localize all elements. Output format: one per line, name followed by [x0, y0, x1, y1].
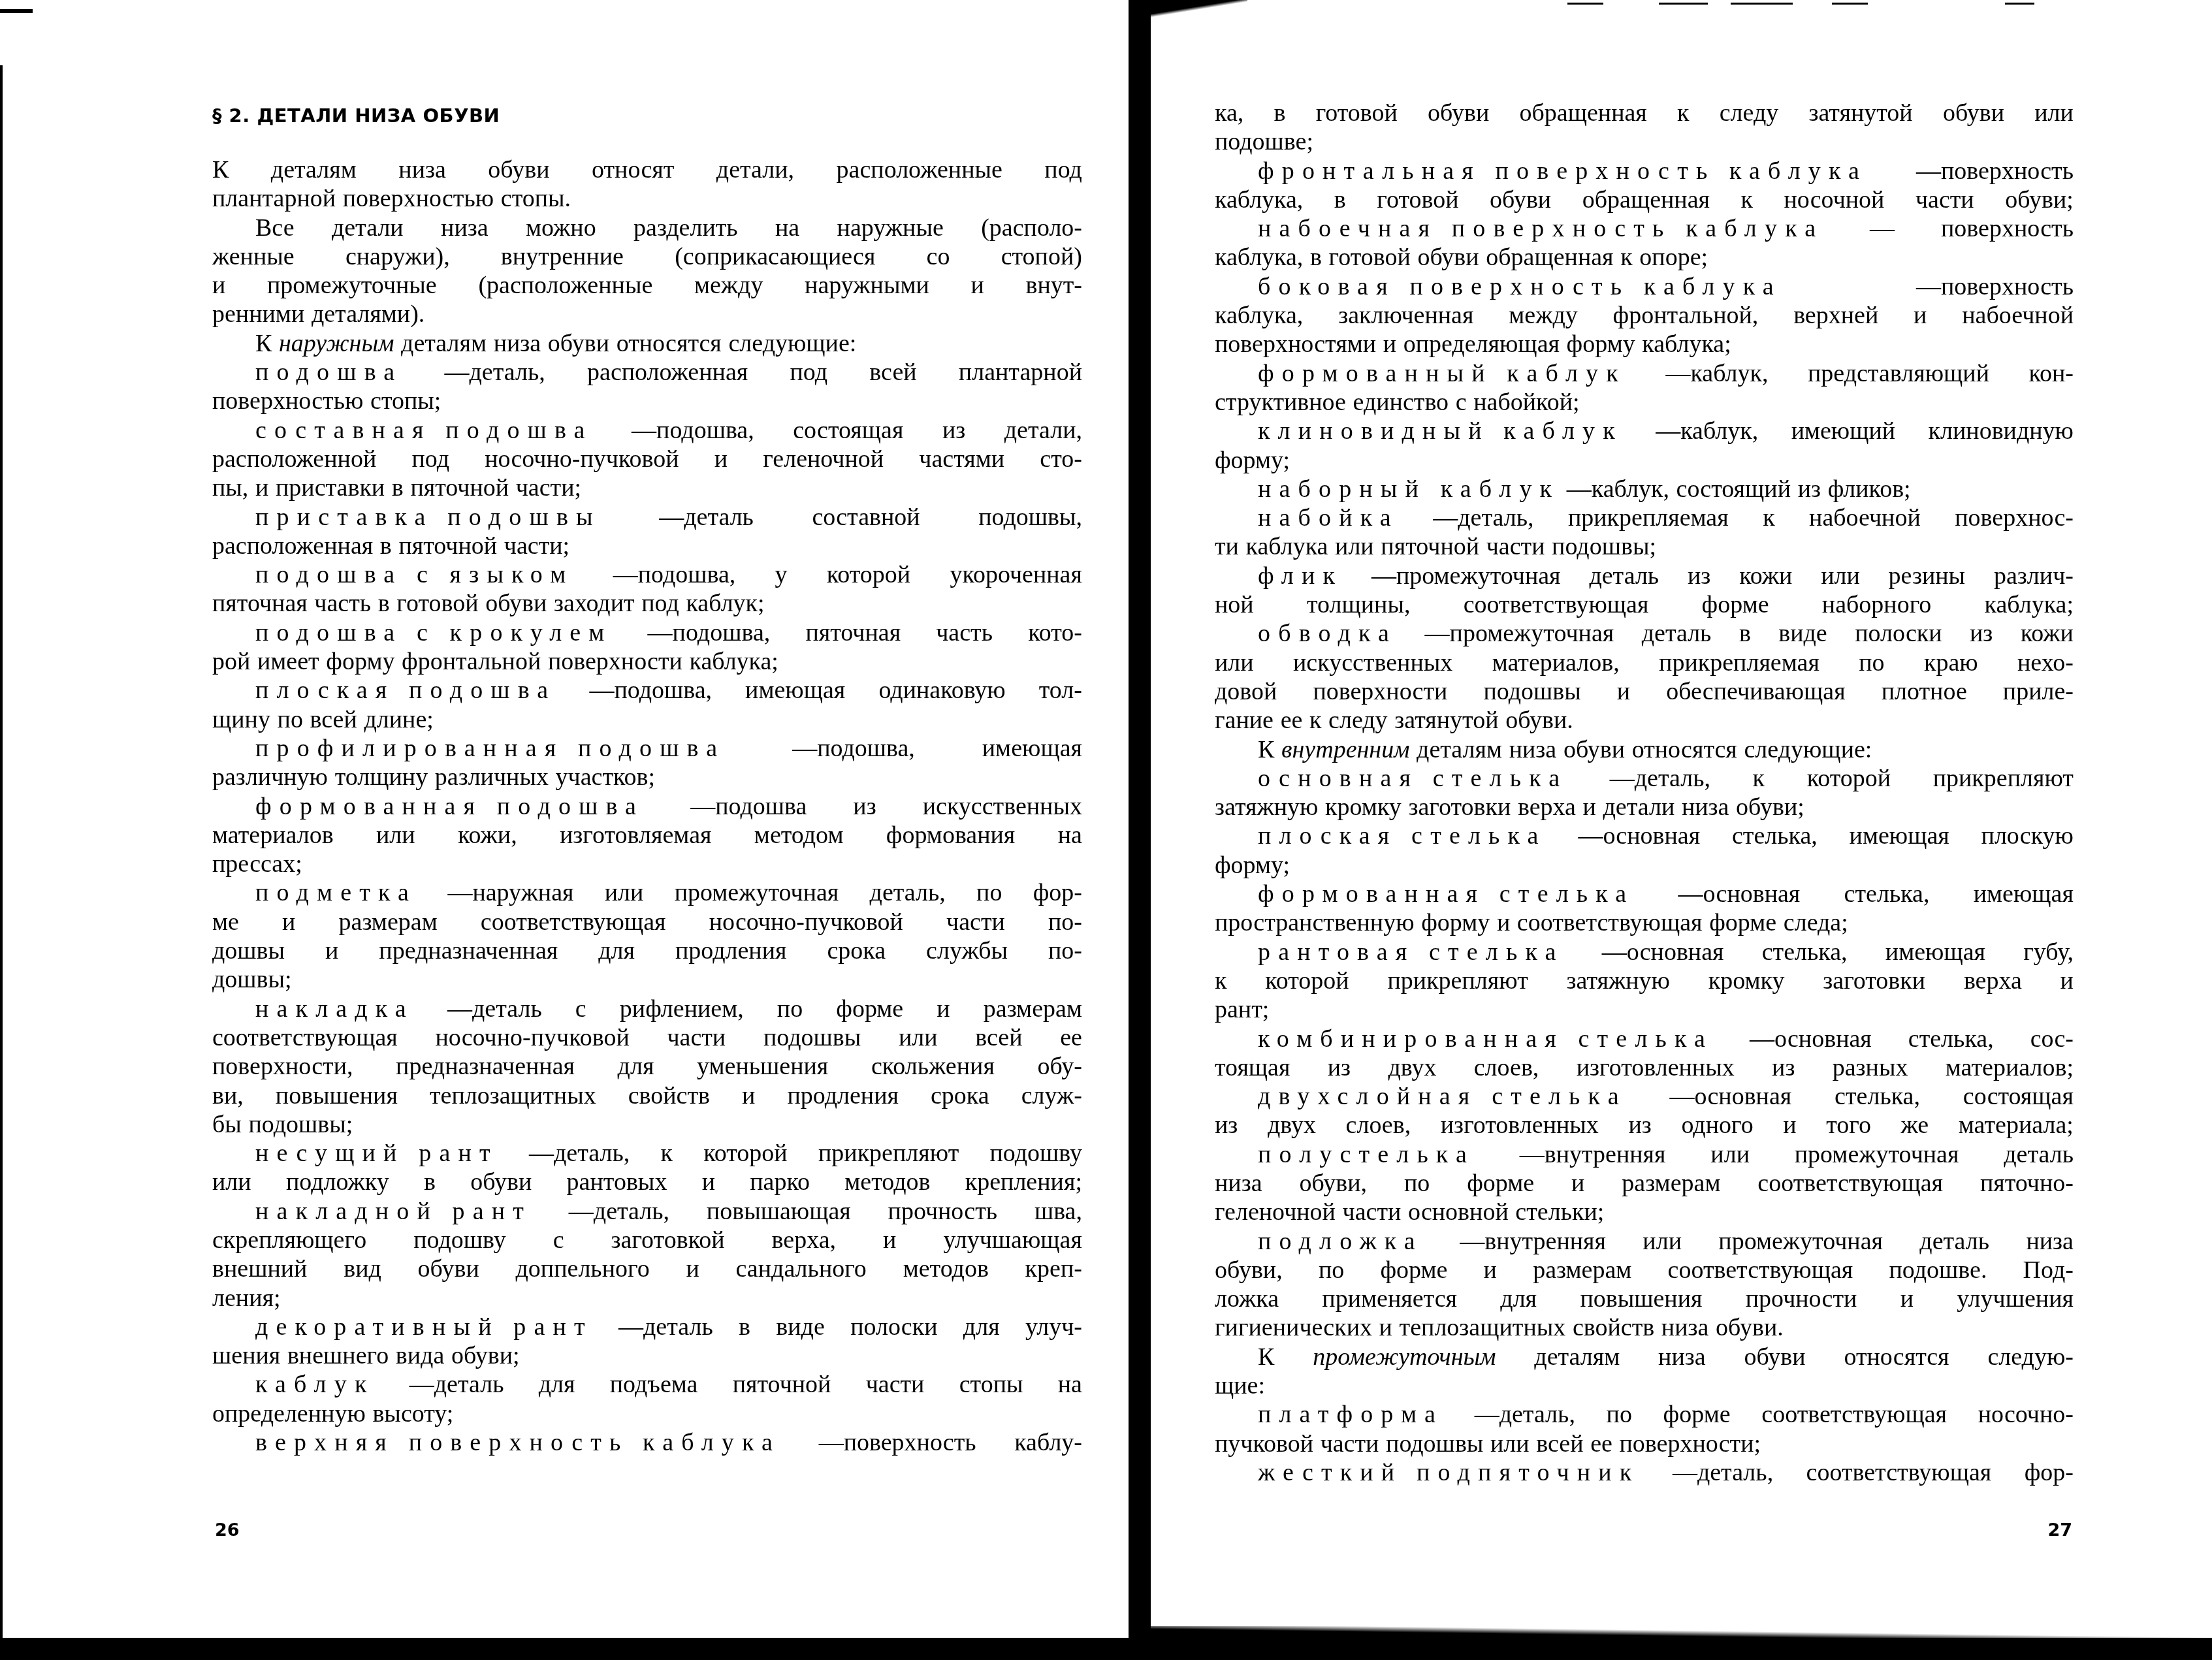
- word: срока: [931, 1081, 989, 1110]
- word: частями: [919, 445, 1004, 473]
- text-line: нойтолщины,соответствующаяформенаборного…: [1215, 590, 2074, 619]
- word: составной: [812, 503, 920, 532]
- text-line: обводка—промежуточнаядетальввидеполоскии…: [1215, 619, 2074, 648]
- word: обуви: [548, 329, 609, 358]
- defined-term: флик: [1258, 562, 1343, 590]
- text-line: поверхности,предназначеннаядляуменьшения…: [212, 1052, 1082, 1081]
- word: заходит: [554, 589, 635, 618]
- defined-term: формованная подошва: [255, 792, 644, 821]
- word: ления;: [212, 1284, 281, 1313]
- defined-term: подошва с языком: [255, 560, 573, 589]
- word: обуви: [1490, 185, 1551, 214]
- word: слоев,: [1474, 1053, 1539, 1082]
- word: разделить: [633, 214, 738, 242]
- defined-term: полустелька: [1258, 1140, 1475, 1169]
- word: по: [1859, 648, 1884, 677]
- word: —подошва: [690, 792, 807, 821]
- word: довой: [1215, 677, 1277, 706]
- defined-term: накладной рант: [255, 1197, 532, 1226]
- word: обуви;: [2005, 185, 2074, 214]
- word: верха: [1518, 793, 1576, 822]
- word: срока: [827, 936, 886, 965]
- word: подошве;: [1215, 127, 1313, 156]
- word: ренними: [212, 300, 304, 328]
- word: для: [1500, 1285, 1537, 1313]
- word: материалов,: [1492, 648, 1620, 677]
- word: —деталь,: [529, 1139, 630, 1168]
- text-line: гигиеническихитеплозащитныхсвойствнизаоб…: [1215, 1313, 2074, 1342]
- word: краю: [1924, 648, 1978, 677]
- word: методов: [844, 1168, 930, 1196]
- word: кожи: [1739, 562, 1792, 590]
- word: ложка: [1215, 1285, 1279, 1313]
- text-line: илиискусственныхматериалов,прикрепляемая…: [1215, 648, 2074, 677]
- word: подошвы: [1386, 1429, 1483, 1458]
- text-line: боковая поверхность каблука—поверхность: [1215, 272, 2074, 301]
- word: плоскую: [1981, 822, 2074, 850]
- left-page-edge: [0, 65, 3, 1646]
- text-line: форму;: [1215, 851, 2074, 880]
- word: подошвы;: [1552, 532, 1656, 561]
- word: на: [1058, 1370, 1082, 1399]
- word: улучшающая: [943, 1226, 1082, 1254]
- text-line: Кнаружнымдеталямнизаобувиотносятсяследую…: [212, 329, 1082, 358]
- word: деталь: [1589, 562, 1659, 590]
- word: основной: [1408, 1198, 1509, 1226]
- text-line: приставка подошвы—детальсоставнойподошвы…: [212, 503, 1082, 532]
- text-line: накладка—детальсрифлением,поформеиразмер…: [212, 995, 1082, 1023]
- word: внешнего: [287, 1341, 389, 1370]
- word: —промежуточная: [1371, 562, 1561, 590]
- word: применяется: [1322, 1285, 1457, 1313]
- word: деталям: [1534, 1343, 1620, 1371]
- word: каблука,: [1215, 185, 1303, 214]
- word: стопой): [1001, 242, 1082, 271]
- word: из: [942, 416, 965, 445]
- word: фликов;: [1828, 475, 1911, 503]
- word: заготовки: [1408, 793, 1511, 822]
- word: обуви: [1744, 1343, 1805, 1371]
- word: относят: [592, 155, 674, 184]
- word: заключенная: [1338, 301, 1473, 330]
- word: части: [946, 908, 1005, 936]
- scan-edge-top-left: [0, 9, 33, 13]
- text-line: Кдеталямнизаобувиотносятдетали,расположе…: [212, 155, 1082, 184]
- text-line: Кпромежуточнымдеталямнизаобувиотносятсяс…: [1215, 1343, 2074, 1371]
- text-line: верхняя поверхность каблука—поверхностьк…: [212, 1428, 1082, 1457]
- word: тол-: [1039, 676, 1082, 705]
- text-line: комбинированная стелька—основнаястелька,…: [1215, 1025, 2074, 1053]
- word: наружные: [837, 214, 944, 242]
- scan-mark: [1567, 3, 1603, 5]
- word: и: [282, 908, 295, 936]
- word: поверхности,: [212, 1052, 353, 1081]
- text-line: основная стелька—деталь,ккоторойприкрепл…: [1215, 764, 2074, 793]
- word: опоре;: [1639, 243, 1708, 272]
- word: поверхности: [1313, 677, 1447, 706]
- word: части: [1343, 1198, 1402, 1226]
- word: всей: [869, 358, 916, 387]
- text-line: Вседеталинизаможноразделитьнанаружные(ра…: [212, 214, 1082, 242]
- word: наружными: [805, 271, 929, 300]
- text-line: структивноеединствоснабойкой;: [1215, 388, 2074, 417]
- text-line: пространственнуюформуисоответствующаяфор…: [1215, 908, 2074, 937]
- word: теплозащитных: [1400, 1313, 1566, 1342]
- word: имеющая: [982, 734, 1082, 763]
- word: под: [411, 445, 449, 473]
- word: поверхнос-: [1955, 503, 2074, 532]
- page-number: 26: [215, 1520, 240, 1540]
- text-line: плоская подошва—подошва,имеющаяодинакову…: [212, 676, 1082, 705]
- word: —поверхность: [819, 1428, 976, 1457]
- word: —основная: [1678, 880, 1801, 908]
- section-heading: § 2. ДЕТАЛИ НИЗА ОБУВИ: [212, 104, 500, 127]
- scan-mark: [1832, 3, 1868, 5]
- word: К: [212, 155, 229, 184]
- text-line: ления;: [212, 1284, 1082, 1313]
- text-line: определеннуювысоту;: [212, 1399, 1082, 1428]
- word: которой: [1265, 966, 1349, 995]
- text-line: тоящаяиздвухслоев,изготовленныхизразныхм…: [1215, 1053, 2074, 1082]
- word: ти: [1215, 532, 1239, 561]
- defined-term: формованная стелька: [1258, 880, 1634, 908]
- word: по-: [1048, 936, 1082, 965]
- word: обуви: [1943, 99, 2004, 127]
- word: или: [1490, 1429, 1530, 1458]
- word: обу-: [1037, 1052, 1082, 1081]
- word: соответствующая: [481, 908, 666, 936]
- word: для: [963, 1313, 1000, 1341]
- word: часть: [936, 618, 993, 647]
- word: соответствующая: [1761, 1400, 1947, 1429]
- word: кожи,: [458, 821, 517, 850]
- word: поверхность: [1941, 214, 2074, 243]
- word: затяжную: [1567, 966, 1670, 995]
- word: между: [694, 271, 763, 300]
- word: низа: [1682, 793, 1729, 822]
- page-curl: [1143, 0, 1247, 17]
- word: полоски: [850, 1313, 937, 1341]
- text-line: Квнутреннимдеталямнизаобувиотносятсяслед…: [1215, 735, 2074, 764]
- word: подъема: [610, 1370, 698, 1399]
- word: форме: [836, 995, 903, 1023]
- word: детали,: [1004, 416, 1082, 445]
- word: набоечной: [1809, 503, 1921, 532]
- word: и: [1583, 793, 1596, 822]
- text-line: накладной рант—деталь,повышающаяпрочност…: [212, 1197, 1082, 1226]
- word: и: [1383, 330, 1396, 359]
- word: и: [937, 995, 950, 1023]
- word: в: [1739, 619, 1751, 648]
- word: или: [899, 1023, 938, 1052]
- word: —деталь: [447, 995, 542, 1023]
- word: которой: [827, 560, 910, 589]
- word: с: [1456, 388, 1467, 417]
- text-line: формованная стелька—основнаястелька,имею…: [1215, 880, 2074, 908]
- word: ее: [1590, 1429, 1612, 1458]
- word: с: [575, 995, 586, 1023]
- word: имеет: [257, 647, 319, 676]
- word: стопы: [959, 1370, 1023, 1399]
- word: приставки: [276, 473, 385, 502]
- word: гание: [1215, 706, 1274, 735]
- word: деталь: [1642, 619, 1712, 648]
- word: промежуточная: [1718, 1227, 1883, 1256]
- word: форму: [1421, 908, 1490, 937]
- text-line: поверхностямииопределяющаяформукаблука;: [1215, 330, 2074, 359]
- word: к: [1620, 243, 1632, 272]
- word: носочно-пучковой: [485, 445, 679, 473]
- word: части: [1486, 532, 1545, 561]
- word: в: [378, 589, 390, 618]
- defined-term: набойка: [1258, 503, 1399, 532]
- word: материала;: [1959, 1111, 2074, 1140]
- word: низа: [1215, 1169, 1262, 1198]
- word: методов: [903, 1254, 989, 1283]
- word: по: [1607, 1400, 1632, 1429]
- word: форме: [1709, 908, 1776, 937]
- word: повышающая: [707, 1197, 851, 1226]
- word: набоечной: [1962, 301, 2074, 330]
- word: пяточной: [733, 1370, 831, 1399]
- word: имеющая: [745, 676, 845, 705]
- word: всей: [310, 705, 357, 734]
- word: имеющая: [1885, 938, 1985, 966]
- word: низа: [2026, 1227, 2074, 1256]
- scan-mark: [1659, 3, 1708, 5]
- text-line: затяжнуюкромкузаготовкиверхаидеталинизао…: [1215, 793, 2074, 822]
- word: подошвы,: [978, 503, 1082, 532]
- word: свойств: [1573, 1313, 1654, 1342]
- word: и: [2060, 966, 2074, 995]
- word: полоски: [1855, 619, 1942, 648]
- word: поверхностями: [1215, 330, 1376, 359]
- text-line: подметка—наружнаяилипромежуточнаядеталь,…: [212, 878, 1082, 907]
- word: форму: [326, 647, 394, 676]
- word: ви,: [212, 1081, 244, 1110]
- word: —основная: [1602, 938, 1724, 966]
- text-line: рант;: [1215, 995, 2074, 1024]
- word: деталь: [2004, 1140, 2074, 1169]
- word: расположенные: [837, 155, 1002, 184]
- word: имеющая: [1850, 822, 1949, 850]
- word: —деталь,: [1475, 1400, 1575, 1429]
- word: стелька,: [1732, 822, 1818, 850]
- word: продления: [675, 936, 787, 965]
- word: затяжную: [1215, 793, 1318, 822]
- word: различ-: [1994, 562, 2074, 590]
- word: материалов: [212, 821, 334, 850]
- word: (располо-: [981, 214, 1082, 242]
- word: и: [255, 473, 268, 502]
- text-line: ганиееекследузатянутойобуви.: [1215, 706, 2074, 735]
- word: Все: [255, 214, 295, 242]
- word: укороченная: [950, 560, 1082, 589]
- word: подошве.: [1889, 1256, 1987, 1285]
- word: прикрепляют: [1387, 966, 1528, 995]
- word: или: [1215, 648, 1254, 677]
- word: деталям: [401, 329, 487, 358]
- scan-mark: [2005, 3, 2034, 5]
- word: и: [1379, 1313, 1392, 1342]
- defined-term: каблук: [255, 1370, 375, 1399]
- word: стельки;: [1515, 1198, 1604, 1226]
- word: со: [927, 242, 950, 271]
- word: относятся: [1632, 735, 1737, 764]
- word: заготовкой: [611, 1226, 725, 1254]
- word: —деталь: [659, 503, 754, 532]
- word: внут-: [1025, 271, 1082, 300]
- text-line: шениявнешнеговидаобуви;: [212, 1341, 1082, 1370]
- text-line: форму;: [1215, 446, 2074, 475]
- word: —поверхность: [1916, 157, 2074, 185]
- defined-term: рантовая стелька: [1258, 938, 1564, 966]
- word: на: [775, 214, 799, 242]
- word: обуви.: [1716, 1313, 1784, 1342]
- word: каблука,: [1215, 301, 1303, 330]
- word: поверхностью: [343, 184, 494, 213]
- word: доппельного: [516, 1254, 650, 1283]
- defined-term: обводка: [1258, 619, 1397, 648]
- word: обуви: [1417, 243, 1479, 272]
- text-line: ложкаприменяетсядляповышенияпрочностииул…: [1215, 1285, 2074, 1313]
- text-line: издвухслоев,изготовленныхизодногоитогоже…: [1215, 1111, 2074, 1140]
- word: низа: [494, 329, 541, 358]
- word: из: [1798, 475, 1821, 503]
- word: в: [392, 473, 404, 502]
- word: женные: [212, 242, 295, 271]
- word: прессах;: [212, 850, 302, 878]
- word: для: [618, 1052, 654, 1081]
- word: к: [1763, 503, 1774, 532]
- word: прикрепляют: [818, 1139, 959, 1168]
- text-line: щинуповсейдлине;: [212, 705, 1082, 734]
- word: подошвы: [763, 1023, 861, 1052]
- word: или: [212, 1168, 251, 1196]
- word: следующие:: [728, 329, 856, 358]
- word: шения: [212, 1341, 280, 1370]
- word: по: [1404, 1169, 1430, 1198]
- word: и: [212, 271, 225, 300]
- word: —деталь,: [1610, 764, 1710, 793]
- word: для: [598, 936, 635, 965]
- text-line: ройимеетформуфронтальнойповерхностикаблу…: [212, 647, 1082, 676]
- word: —деталь: [409, 1370, 504, 1399]
- word: всей: [1536, 1429, 1583, 1458]
- word: ее: [1281, 706, 1303, 735]
- word: следу: [1720, 99, 1779, 127]
- text-line: жесткий подпяточник—деталь,соответствующ…: [1215, 1458, 2074, 1487]
- word: —подошва,: [648, 618, 771, 647]
- defined-term: формованный каблук: [1258, 359, 1626, 388]
- text-line: клиновидный каблук—каблук,имеющийклинови…: [1215, 417, 2074, 445]
- emphasized-word: наружным: [279, 329, 394, 358]
- word: —наружная: [447, 878, 573, 907]
- word: поверхностью: [212, 387, 363, 415]
- word: и: [1571, 1169, 1584, 1198]
- word: или: [1335, 532, 1374, 561]
- word: из: [1688, 562, 1710, 590]
- word: рантовых: [567, 1168, 667, 1196]
- word: предназначенная: [379, 936, 558, 965]
- word: набойкой;: [1473, 388, 1579, 417]
- text-line: довойповерхностиподошвыиобеспечивающаяпл…: [1215, 677, 2074, 706]
- word: поверхности;: [1620, 1429, 1761, 1458]
- word: части: [1915, 185, 1974, 214]
- word: —каблук,: [1656, 417, 1758, 445]
- word: и: [702, 1168, 715, 1196]
- word: под: [641, 589, 679, 618]
- scan-mark: [1731, 3, 1793, 5]
- text-line: декоративный рант—детальввидеполоскидляу…: [212, 1313, 1082, 1341]
- word: из: [1328, 1053, 1351, 1082]
- word: креп-: [1025, 1254, 1082, 1283]
- word: бы: [212, 1110, 242, 1139]
- word: свойств: [628, 1081, 710, 1110]
- word: обуви: [488, 155, 549, 184]
- word: соответствующая: [1806, 1458, 1992, 1487]
- word: по: [278, 705, 303, 734]
- text-line: быподошвы;: [212, 1110, 1082, 1139]
- text-line: рантовая стелька—основнаястелька,имеющая…: [1215, 938, 2074, 966]
- defined-term: несущий рант: [255, 1139, 498, 1168]
- defined-term: подложка: [1258, 1227, 1423, 1256]
- text-line: профилированная подошва—подошва,имеющая: [212, 734, 1082, 763]
- word: низа: [1509, 735, 1557, 764]
- text-line: подошва с языком—подошва,укоторойукороче…: [212, 560, 1082, 589]
- word: в: [1334, 185, 1346, 214]
- word: или: [605, 878, 644, 907]
- word: каблук;: [686, 589, 764, 618]
- word: соответствующая: [1668, 1256, 1853, 1285]
- word: рант;: [1215, 995, 1269, 1024]
- word: детали: [332, 214, 404, 242]
- text-line: каблука,вготовойобувиобращеннаякносочной…: [1215, 185, 2074, 214]
- text-line: ви,повышениятеплозащитныхсвойствипродлен…: [212, 1081, 1082, 1110]
- text-line: различнуютолщинуразличныхучастков;: [212, 763, 1082, 791]
- text-line: женныеснаружи),внутренние(соприкасающиес…: [212, 242, 1082, 271]
- word: единство: [1353, 388, 1449, 417]
- word: и: [1783, 1111, 1796, 1140]
- text-line: подошва с крокулем—подошва,пяточнаячасть…: [212, 618, 1082, 647]
- text-line: тикаблукаилипяточнойчастиподошвы;: [1215, 532, 2074, 561]
- word: или: [2034, 99, 2074, 127]
- word: сто-: [1040, 445, 1082, 473]
- word: прочность: [888, 1197, 998, 1226]
- text-line: плоская стелька—основнаястелька,имеющаяп…: [1215, 822, 2074, 850]
- word: —деталь,: [1433, 503, 1533, 532]
- word: пространственную: [1215, 908, 1415, 937]
- word: или: [1643, 1227, 1682, 1256]
- defined-term: накладка: [255, 995, 414, 1023]
- defined-term: фронтальная поверхность каблука: [1258, 157, 1867, 185]
- page-number: 27: [2047, 1520, 2072, 1540]
- word: дошвы;: [212, 965, 292, 994]
- word: подошвы: [1483, 677, 1580, 706]
- word: предназначенная: [396, 1052, 575, 1081]
- text-line: щие:: [1215, 1371, 2074, 1400]
- word: следующие:: [1744, 735, 1872, 764]
- word: и: [970, 271, 984, 300]
- word: изготовляемая: [560, 821, 711, 850]
- word: и: [714, 445, 728, 473]
- word: —поверхность: [1916, 272, 2074, 301]
- scan-shadow-bottom: [0, 1638, 2212, 1660]
- text-line: внешнийвидобувидоппельногоисандальногоме…: [212, 1254, 1082, 1283]
- text-line: набойка—деталь,прикрепляемаякнабоечнойпо…: [1215, 503, 2074, 532]
- word: состоящая: [793, 416, 903, 445]
- word: следую-: [1987, 1343, 2074, 1371]
